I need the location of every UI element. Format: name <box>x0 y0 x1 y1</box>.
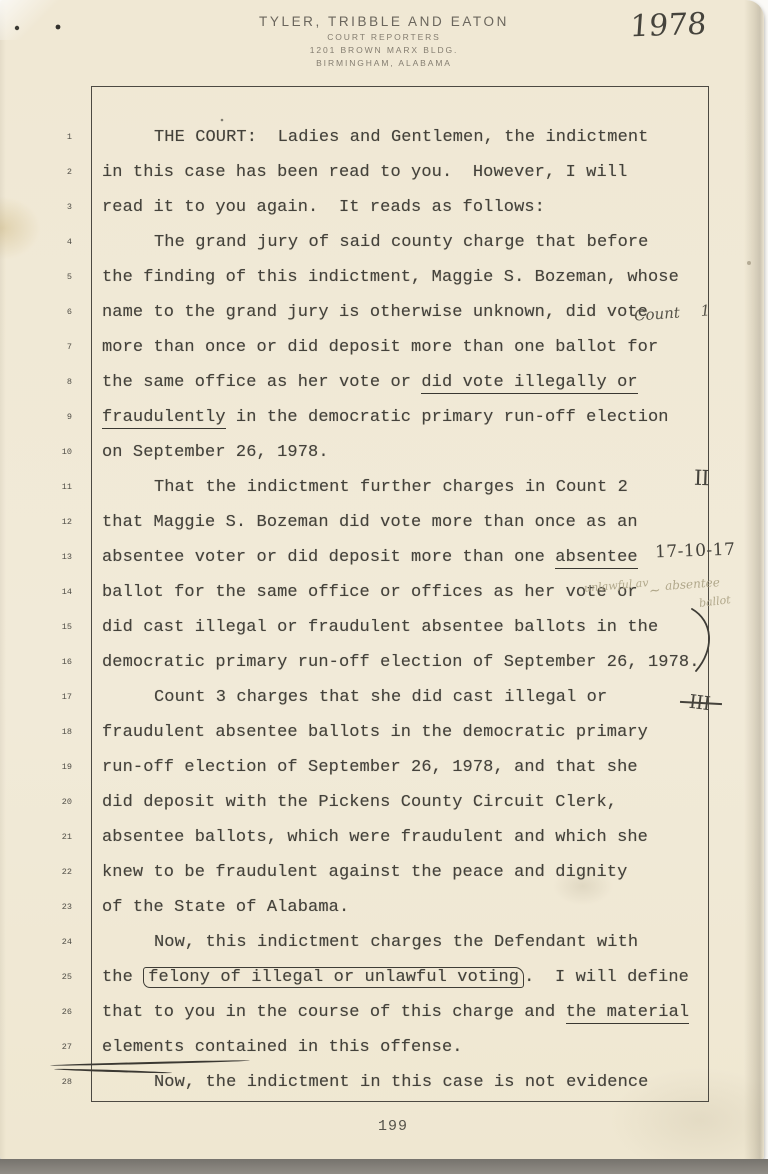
line-number: 20 <box>40 785 72 820</box>
line-number: 25 <box>40 960 72 995</box>
typed-text: Now, the indictment in this case is not … <box>154 1073 648 1092</box>
typed-text: ballot for the same office or offices as… <box>102 583 638 602</box>
transcript-line: read it to you again. It reads as follow… <box>102 190 742 225</box>
hand-underlined-text: absentee <box>555 548 637 569</box>
typed-text: the <box>102 968 143 987</box>
typed-text: the same office as her vote or <box>102 373 421 392</box>
typed-text: Now, this indictment charges the Defenda… <box>154 933 638 952</box>
hand-boxed-text: felony of illegal or unlawful voting <box>143 967 524 988</box>
letterhead-firm-name: TYLER, TRIBBLE AND EATON <box>259 14 509 29</box>
page-number: 199 <box>378 1118 408 1135</box>
transcript-line: Now, the indictment in this case is not … <box>102 1065 742 1100</box>
line-number: 26 <box>40 995 72 1030</box>
typed-text: democratic primary run-off election of S… <box>102 653 700 672</box>
line-number: 19 <box>40 750 72 785</box>
line-number: 28 <box>40 1065 72 1100</box>
letterhead-city: BIRMINGHAM, ALABAMA <box>259 58 509 68</box>
line-number: 1 <box>40 120 72 155</box>
typed-text: . I will define <box>524 968 689 987</box>
transcript-line: democratic primary run-off election of S… <box>102 645 742 680</box>
transcript-line: the felony of illegal or unlawful voting… <box>102 960 742 995</box>
letterhead-role: COURT REPORTERS <box>259 32 509 42</box>
line-number-column: 1234567891011121314151617181920212223242… <box>40 86 72 1100</box>
transcript-line: fraudulent absentee ballots in the democ… <box>102 715 742 750</box>
typed-text: THE COURT: Ladies and Gentlemen, the ind… <box>154 128 648 147</box>
transcript-line: in this case has been read to you. Howev… <box>102 155 742 190</box>
transcript-line: more than once or did deposit more than … <box>102 330 742 365</box>
typed-text: The grand jury of said county charge tha… <box>154 233 648 252</box>
transcript-lines: THE COURT: Ladies and Gentlemen, the ind… <box>91 86 742 1100</box>
line-number: 9 <box>40 400 72 435</box>
line-number: 14 <box>40 575 72 610</box>
line-number: 22 <box>40 855 72 890</box>
typed-text: the finding of this indictment, Maggie S… <box>102 268 679 287</box>
transcript-line: on September 26, 1978. <box>102 435 742 470</box>
transcript-line: fraudulently in the democratic primary r… <box>102 400 742 435</box>
line-number: 6 <box>40 295 72 330</box>
transcript-line: absentee voter or did deposit more than … <box>102 540 742 575</box>
transcript-line: Count 3 charges that she did cast illega… <box>102 680 742 715</box>
line-number: 16 <box>40 645 72 680</box>
line-number: 21 <box>40 820 72 855</box>
typed-text: fraudulent absentee ballots in the democ… <box>102 723 648 742</box>
scanner-background-strip <box>0 1159 768 1174</box>
typed-text: did deposit with the Pickens County Circ… <box>102 793 617 812</box>
typed-text: That the indictment further charges in C… <box>154 478 628 497</box>
line-number: 11 <box>40 470 72 505</box>
transcript-line: THE COURT: Ladies and Gentlemen, the ind… <box>102 120 742 155</box>
line-number: 23 <box>40 890 72 925</box>
transcript-line: the same office as her vote or did vote … <box>102 365 742 400</box>
handwritten-code-reference: 17-10-17 <box>655 540 736 563</box>
typed-text: absentee voter or did deposit more than … <box>102 548 555 567</box>
line-number: 3 <box>40 190 72 225</box>
line-number: 27 <box>40 1030 72 1065</box>
scanned-transcript-page: TYLER, TRIBBLE AND EATON COURT REPORTERS… <box>0 0 768 1174</box>
hand-underlined-text: the material <box>566 1003 690 1024</box>
transcript-line: that Maggie S. Bozeman did vote more tha… <box>102 505 742 540</box>
transcript-line: absentee ballots, which were fraudulent … <box>102 820 742 855</box>
transcript-line: Now, this indictment charges the Defenda… <box>102 925 742 960</box>
pencil-squiggle-mark: ~ <box>648 582 662 599</box>
typed-text: run-off election of September 26, 1978, … <box>102 758 638 777</box>
transcript-line: run-off election of September 26, 1978, … <box>102 750 742 785</box>
line-number: 5 <box>40 260 72 295</box>
typed-text: absentee ballots, which were fraudulent … <box>102 828 648 847</box>
typed-text: in the democratic primary run-off electi… <box>226 408 669 427</box>
line-number: 12 <box>40 505 72 540</box>
line-number: 7 <box>40 330 72 365</box>
transcript-line: The grand jury of said county charge tha… <box>102 225 742 260</box>
line-number: 24 <box>40 925 72 960</box>
torn-corner <box>0 0 70 40</box>
transcript-line: of the State of Alabama. <box>102 890 742 925</box>
line-number: 8 <box>40 365 72 400</box>
transcript-line: the finding of this indictment, Maggie S… <box>102 260 742 295</box>
letterhead-address: 1201 BROWN MARX BLDG. <box>259 45 509 55</box>
handwritten-year: 1978 <box>629 7 708 45</box>
line-number: 13 <box>40 540 72 575</box>
line-number: 2 <box>40 155 72 190</box>
line-number: 10 <box>40 435 72 470</box>
transcript-line: that to you in the course of this charge… <box>102 995 742 1030</box>
line-number: 17 <box>40 680 72 715</box>
typed-text: knew to be fraudulent against the peace … <box>102 863 627 882</box>
transcript-line: did deposit with the Pickens County Circ… <box>102 785 742 820</box>
typed-text: more than once or did deposit more than … <box>102 338 658 357</box>
typed-text: Count 3 charges that she did cast illega… <box>154 688 607 707</box>
hand-underlined-text: did vote illegally or <box>421 373 637 394</box>
hand-underlined-text: fraudulently <box>102 408 226 429</box>
handwritten-roman-numeral-two: II <box>694 466 709 490</box>
transcript-line: elements contained in this offense. <box>102 1030 742 1065</box>
typed-text: that to you in the course of this charge… <box>102 1003 566 1022</box>
typed-text: did cast illegal or fraudulent absentee … <box>102 618 658 637</box>
handwritten-arc-mark <box>688 603 718 677</box>
typed-text: on September 26, 1978. <box>102 443 329 462</box>
transcript-line: did cast illegal or fraudulent absentee … <box>102 610 742 645</box>
letterhead: TYLER, TRIBBLE AND EATON COURT REPORTERS… <box>259 14 509 68</box>
line-number: 18 <box>40 715 72 750</box>
typed-text: read it to you again. It reads as follow… <box>102 198 545 217</box>
line-number: 4 <box>40 225 72 260</box>
transcript-line: That the indictment further charges in C… <box>102 470 742 505</box>
scan-specks <box>0 0 2 2</box>
typed-text: in this case has been read to you. Howev… <box>102 163 627 182</box>
typed-text: name to the grand jury is otherwise unkn… <box>102 303 648 322</box>
typed-text: of the State of Alabama. <box>102 898 349 917</box>
typed-text: that Maggie S. Bozeman did vote more tha… <box>102 513 638 532</box>
transcript-line: knew to be fraudulent against the peace … <box>102 855 742 890</box>
line-number: 15 <box>40 610 72 645</box>
typed-text: elements contained in this offense. <box>102 1038 463 1057</box>
